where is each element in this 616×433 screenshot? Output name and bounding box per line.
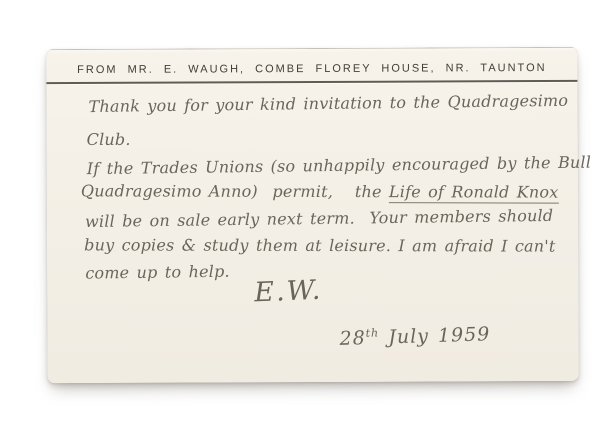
date-ordinal: th: [365, 326, 379, 339]
handwritten-line-6: buy copies & study them at leisure. I am…: [84, 235, 555, 256]
correspondence-card: FROM MR. E. WAUGH, COMBE FLOREY HOUSE, N…: [46, 47, 578, 383]
letterhead-rule: [46, 80, 577, 84]
handwritten-line-5: will be on sale early next term. Your me…: [85, 206, 554, 232]
date: 28th July 1959: [339, 324, 490, 349]
handwritten-line-7: come up to help.: [85, 262, 230, 284]
printed-letterhead: FROM MR. E. WAUGH, COMBE FLOREY HOUSE, N…: [46, 62, 577, 76]
date-month-year: July 1959: [379, 323, 491, 348]
signature: E.W.: [254, 281, 323, 304]
handwritten-line-3: If the Trades Unions (so unhappily encou…: [87, 153, 592, 180]
book-title-underlined: Life of Ronald Knox: [389, 182, 559, 203]
handwritten-line-4: Quadragesimo Anno) permit, the Life of R…: [81, 181, 559, 202]
date-day: 28: [339, 327, 366, 350]
handwritten-line-4-text: Quadragesimo Anno) permit, the: [81, 181, 389, 201]
photo-background: FROM MR. E. WAUGH, COMBE FLOREY HOUSE, N…: [0, 0, 616, 433]
handwritten-line-1: Thank you for your kind invitation to th…: [88, 91, 568, 117]
handwritten-line-2: Club.: [87, 130, 131, 150]
